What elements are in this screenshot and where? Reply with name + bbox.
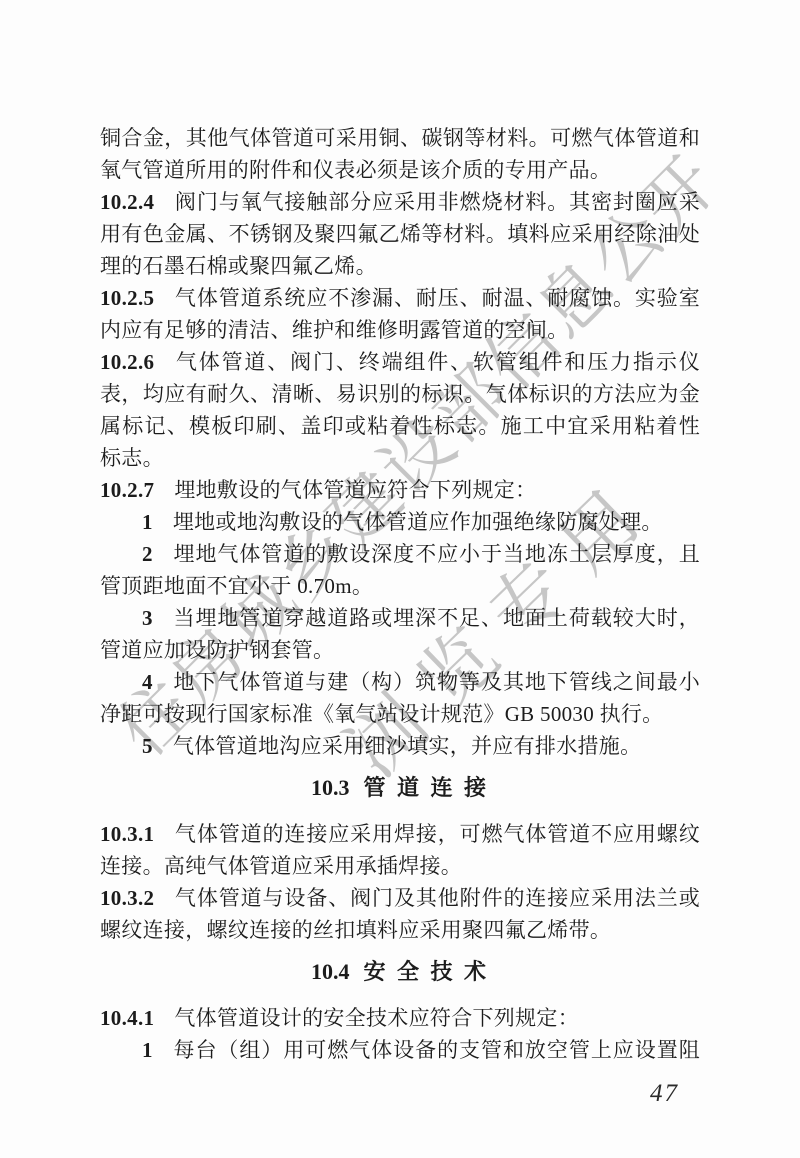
line-text: 标志。 — [100, 446, 164, 470]
text-line: 2埋地气体管道的敷设深度不应小于当地冻土层厚度，且 — [100, 538, 700, 570]
text-line: 螺纹连接，螺纹连接的丝扣填料应采用聚四氟乙烯带。 — [100, 914, 700, 946]
clause-number: 10.4.1 — [100, 1006, 154, 1030]
clause-number: 3 — [142, 606, 153, 630]
section-heading: 10.3管 道 连 接 — [100, 772, 700, 804]
line-text: 气体管道的连接应采用焊接，可燃气体管道不应用螺纹 — [174, 822, 700, 846]
line-text: 理的石墨石棉或聚四氟乙烯。 — [100, 254, 377, 278]
line-text: 地下气体管道与建（构）筑物等及其地下管线之间最小 — [173, 670, 700, 694]
section-heading: 10.4安 全 技 术 — [100, 956, 700, 988]
line-text: 氧气管道所用的附件和仪表必须是该介质的专用产品。 — [100, 158, 611, 182]
text-line: 4地下气体管道与建（构）筑物等及其地下管线之间最小 — [100, 666, 700, 698]
text-line: 10.2.6气体管道、阀门、终端组件、软管组件和压力指示仪 — [100, 346, 700, 378]
heading-text: 管 道 连 接 — [363, 775, 489, 800]
text-line: 1埋地或地沟敷设的气体管道应作加强绝缘防腐处理。 — [100, 506, 700, 538]
text-line: 5气体管道地沟应采用细沙填实，并应有排水措施。 — [100, 730, 700, 762]
page-number: 47 — [650, 1080, 679, 1108]
clause-number: 10.3.2 — [100, 886, 154, 910]
clause-number: 1 — [142, 1038, 153, 1062]
clause-number: 10.3.1 — [100, 822, 154, 846]
clause-number: 2 — [142, 542, 153, 566]
line-text: 埋地或地沟敷设的气体管道应作加强绝缘防腐处理。 — [173, 510, 663, 534]
text-line: 1每台（组）用可燃气体设备的支管和放空管上应设置阻 — [100, 1034, 700, 1066]
clause-number: 5 — [142, 734, 153, 758]
line-text: 气体管道与设备、阀门及其他附件的连接应采用法兰或 — [174, 886, 700, 910]
text-line: 10.3.1气体管道的连接应采用焊接，可燃气体管道不应用螺纹 — [100, 818, 700, 850]
text-line: 10.2.4阀门与氧气接触部分应采用非燃烧材料。其密封圈应采 — [100, 186, 700, 218]
line-text: 内应有足够的清洁、维护和维修明露管道的空间。 — [100, 318, 569, 342]
line-text: 每台（组）用可燃气体设备的支管和放空管上应设置阻 — [173, 1038, 700, 1062]
clause-number: 10.2.7 — [100, 478, 154, 502]
line-text: 净距可按现行国家标准《氧气站设计规范》GB 50030 执行。 — [100, 702, 663, 726]
text-line: 净距可按现行国家标准《氧气站设计规范》GB 50030 执行。 — [100, 698, 700, 730]
heading-number: 10.4 — [311, 959, 350, 984]
line-text: 管顶距地面不宜小于 0.70m。 — [100, 574, 373, 598]
text-line: 理的石墨石棉或聚四氟乙烯。 — [100, 250, 700, 282]
line-text: 气体管道系统应不渗漏、耐压、耐温、耐腐蚀。实验室 — [174, 286, 700, 310]
line-text: 连接。高纯气体管道应采用承插焊接。 — [100, 854, 462, 878]
line-text: 属标记、模板印刷、盖印或粘着性标志。施工中宜采用粘着性 — [100, 414, 700, 438]
text-line: 标志。 — [100, 442, 700, 474]
text-line: 10.4.1气体管道设计的安全技术应符合下列规定： — [100, 1002, 700, 1034]
text-line: 表，均应有耐久、清晰、易识别的标识。气体标识的方法应为金 — [100, 378, 700, 410]
line-text: 管道应加设防护钢套管。 — [100, 638, 334, 662]
line-text: 铜合金，其他气体管道可采用铜、碳钢等材料。可燃气体管道和 — [100, 126, 700, 150]
line-text: 阀门与氧气接触部分应采用非燃烧材料。其密封圈应采 — [174, 190, 700, 214]
text-line: 3当埋地管道穿越道路或埋深不足、地面上荷载较大时， — [100, 602, 700, 634]
clause-number: 1 — [142, 510, 153, 534]
text-line: 管顶距地面不宜小于 0.70m。 — [100, 570, 700, 602]
line-text: 用有色金属、不锈钢及聚四氟乙烯等材料。填料应采用经除油处 — [100, 222, 700, 246]
clause-number: 10.2.6 — [100, 350, 154, 374]
text-line: 氧气管道所用的附件和仪表必须是该介质的专用产品。 — [100, 154, 700, 186]
text-line: 10.2.5气体管道系统应不渗漏、耐压、耐温、耐腐蚀。实验室 — [100, 282, 700, 314]
line-text: 埋地气体管道的敷设深度不应小于当地冻土层厚度，且 — [173, 542, 700, 566]
document-body: 铜合金，其他气体管道可采用铜、碳钢等材料。可燃气体管道和氧气管道所用的附件和仪表… — [100, 122, 700, 1066]
line-text: 气体管道设计的安全技术应符合下列规定： — [174, 1006, 579, 1030]
line-text: 当埋地管道穿越道路或埋深不足、地面上荷载较大时， — [173, 606, 700, 630]
text-line: 管道应加设防护钢套管。 — [100, 634, 700, 666]
line-text: 表，均应有耐久、清晰、易识别的标识。气体标识的方法应为金 — [100, 382, 700, 406]
heading-number: 10.3 — [311, 775, 350, 800]
text-line: 用有色金属、不锈钢及聚四氟乙烯等材料。填料应采用经除油处 — [100, 218, 700, 250]
text-line: 10.3.2气体管道与设备、阀门及其他附件的连接应采用法兰或 — [100, 882, 700, 914]
text-line: 内应有足够的清洁、维护和维修明露管道的空间。 — [100, 314, 700, 346]
text-line: 铜合金，其他气体管道可采用铜、碳钢等材料。可燃气体管道和 — [100, 122, 700, 154]
clause-number: 10.2.4 — [100, 190, 154, 214]
heading-text: 安 全 技 术 — [363, 959, 489, 984]
text-line: 连接。高纯气体管道应采用承插焊接。 — [100, 850, 700, 882]
clause-number: 10.2.5 — [100, 286, 154, 310]
line-text: 气体管道地沟应采用细沙填实，并应有排水措施。 — [173, 734, 642, 758]
line-text: 埋地敷设的气体管道应符合下列规定： — [174, 478, 536, 502]
text-line: 10.2.7埋地敷设的气体管道应符合下列规定： — [100, 474, 700, 506]
text-line: 属标记、模板印刷、盖印或粘着性标志。施工中宜采用粘着性 — [100, 410, 700, 442]
document-page: 住房城乡建设部信息公开 浏览专用 铜合金，其他气体管道可采用铜、碳钢等材料。可燃… — [0, 0, 800, 1158]
clause-number: 4 — [142, 670, 153, 694]
line-text: 气体管道、阀门、终端组件、软管组件和压力指示仪 — [174, 350, 700, 374]
line-text: 螺纹连接，螺纹连接的丝扣填料应采用聚四氟乙烯带。 — [100, 918, 611, 942]
